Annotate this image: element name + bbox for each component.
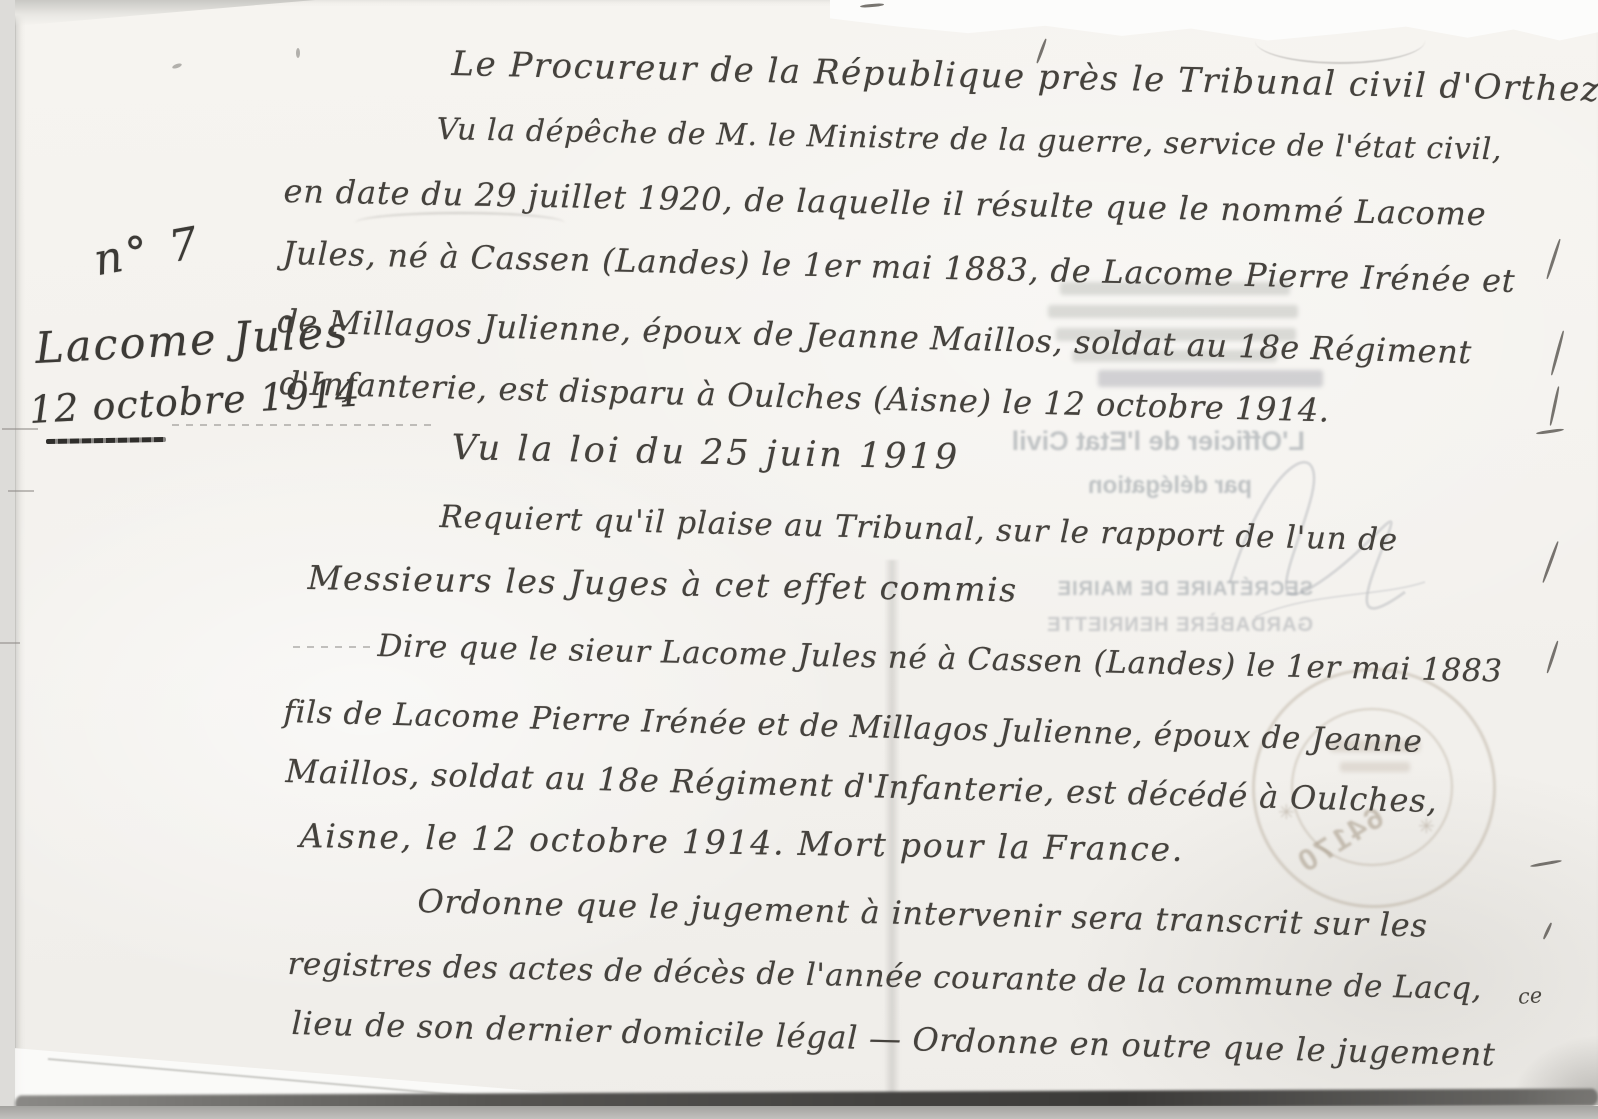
- scanned-document-page: L'Officier de l'Etat Civil par délégatio…: [0, 0, 1598, 1119]
- edge-pencil-dash: [0, 642, 20, 644]
- bleedthrough-smudge: [1098, 370, 1323, 387]
- stamp-smudge: [1340, 762, 1410, 772]
- edge-pencil-dash: [2, 428, 38, 430]
- edge-pencil-dash: [8, 490, 34, 492]
- scanner-background-strip: [0, 1106, 1598, 1119]
- ink-speck: [296, 48, 300, 58]
- corner-shadow: [1510, 1035, 1598, 1105]
- pencil-dotted-line: [293, 646, 373, 648]
- catchword: ce: [1517, 983, 1543, 1009]
- pencil-arc-mark: [1255, 18, 1425, 64]
- pencil-dotted-line: [172, 424, 437, 426]
- bleedthrough-smudge: [1048, 305, 1298, 318]
- crease-mark: [355, 212, 565, 234]
